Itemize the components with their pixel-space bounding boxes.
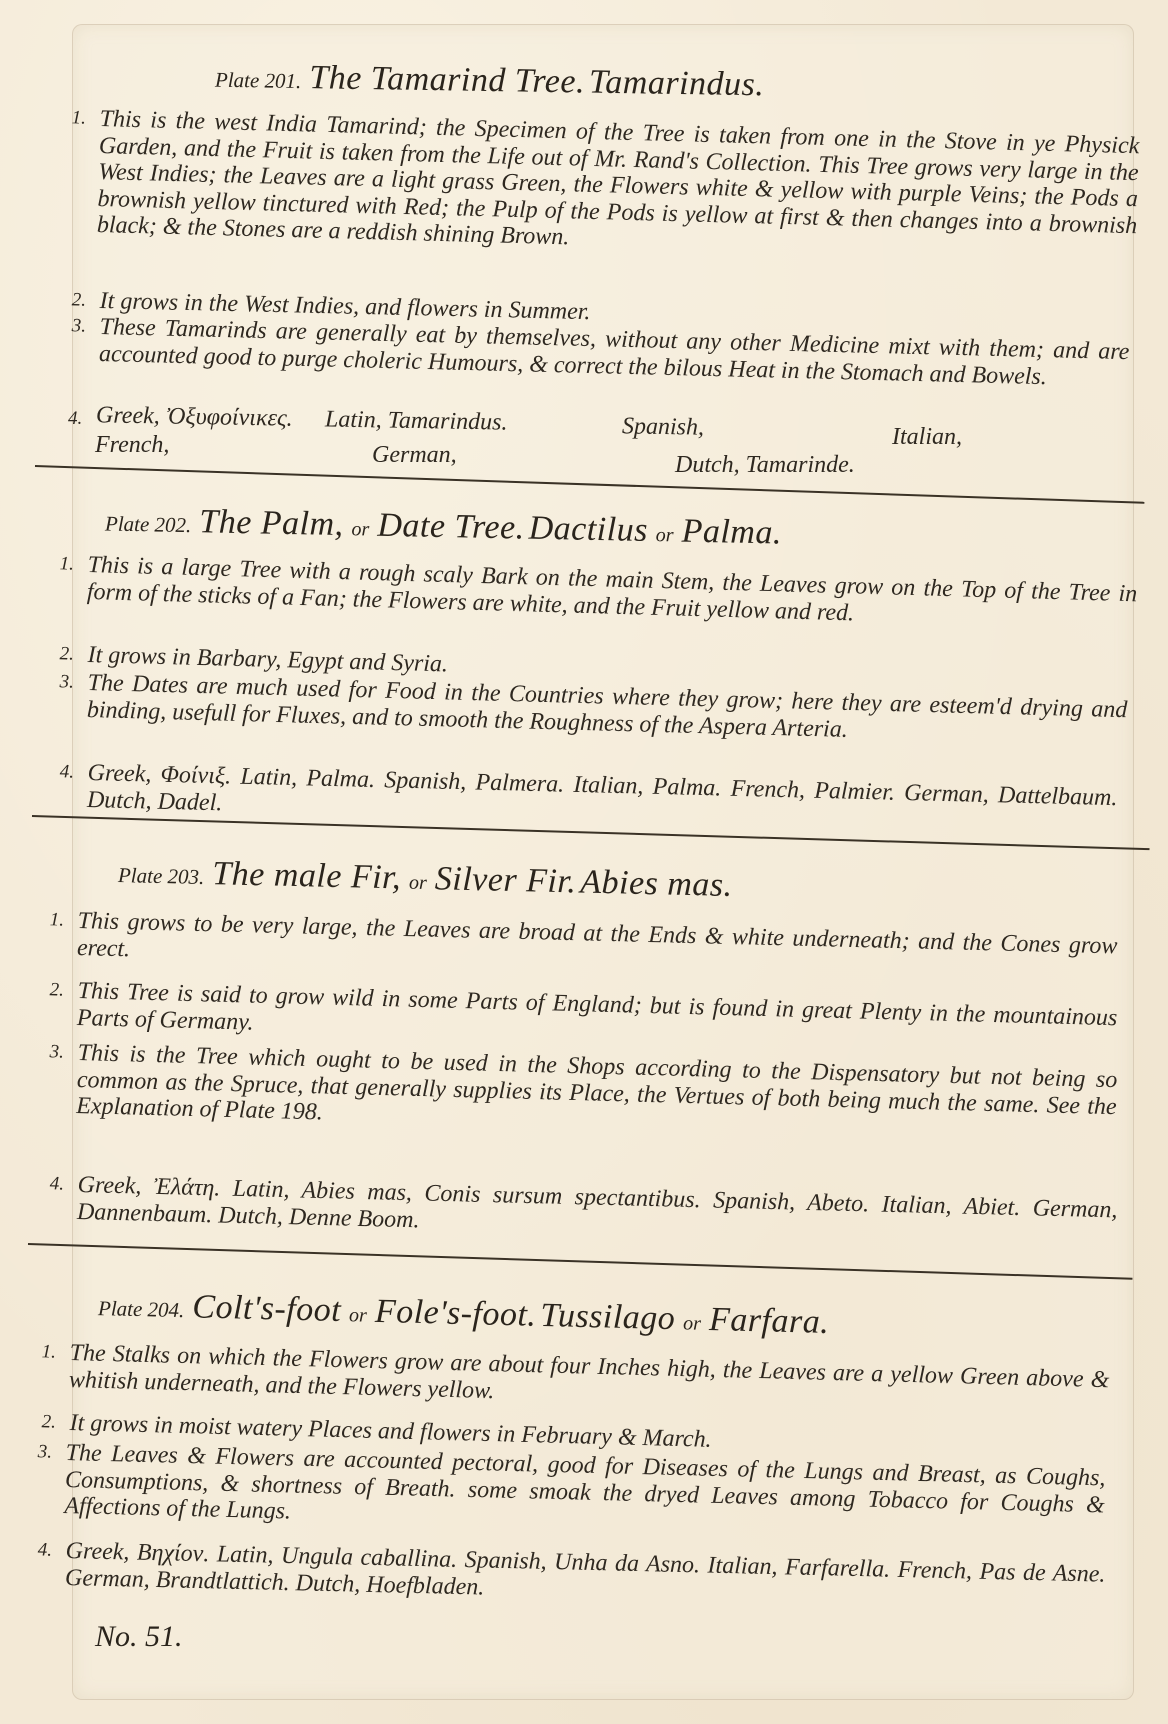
- entry-number: 2.: [49, 977, 64, 1004]
- title-connector: or: [409, 872, 427, 894]
- entry-number: 1.: [71, 105, 86, 132]
- plate-202-title: The Palm,: [199, 503, 344, 543]
- entry-text: This is the west India Tamarind; the Spe…: [97, 106, 1140, 266]
- plate-204-label: Plate 204.: [98, 1296, 185, 1322]
- plate-203-title: The male Fir,: [212, 855, 402, 896]
- entry-number: 4.: [37, 1537, 52, 1564]
- entry-number: 3.: [59, 669, 74, 696]
- entry-number: 4.: [49, 1171, 64, 1198]
- latin-connector: or: [656, 524, 674, 546]
- entry-number: 4.: [68, 408, 82, 430]
- entry-number: 4.: [59, 759, 74, 786]
- plate-201-label: Plate 201.: [215, 68, 302, 93]
- entry-number: 2.: [41, 1409, 56, 1436]
- plate-204-latin-name: Tussilago: [540, 1297, 676, 1337]
- plate-203-title-2: Silver Fir.: [434, 860, 576, 900]
- plate-202-label: Plate 202.: [105, 512, 192, 538]
- plate-204-title: Colt's-foot: [192, 1288, 342, 1329]
- entry-number: 1.: [41, 1339, 56, 1366]
- entry-number: 3.: [37, 1439, 52, 1466]
- spanish-name: Spanish,: [622, 413, 704, 441]
- latin-connector: or: [683, 1312, 701, 1334]
- plate-204-title-2: Fole's-foot.: [375, 1293, 537, 1334]
- plate-203-label: Plate 203.: [118, 863, 205, 889]
- title-connector: or: [349, 1304, 367, 1326]
- plate-204-latin-name-2: Farfara.: [709, 1301, 830, 1341]
- plate-201-title: The Tamarind Tree.: [309, 59, 585, 100]
- latin-name: Latin, Tamarindus.: [325, 406, 508, 436]
- german-name: German,: [372, 442, 457, 469]
- entry-number: 3.: [49, 1039, 64, 1066]
- page-number-label: No. 51.: [95, 1620, 183, 1654]
- plate-202-title-2: Date Tree.: [377, 507, 525, 547]
- plate-201-latin-name: Tamarindus.: [589, 64, 765, 104]
- entry-number: 3.: [71, 313, 86, 340]
- dutch-name: Dutch, Tamarinde.: [675, 452, 855, 479]
- entry-number: 1.: [49, 907, 64, 934]
- title-connector: or: [351, 518, 369, 540]
- greek-name: Greek, Ὀξυφοίνικες.: [96, 402, 293, 432]
- italian-name: Italian,: [892, 424, 962, 451]
- plate-202-latin-name-2: Palma.: [681, 513, 782, 552]
- plate-203-latin-name: Abies mas.: [580, 864, 733, 904]
- entry-number: 2.: [71, 287, 86, 314]
- plate-202-latin-name: Dactilus: [528, 510, 648, 549]
- entry-number: 2.: [59, 641, 74, 668]
- plate-201-entry-1: 1. This is the west India Tamarind; the …: [97, 106, 1140, 266]
- entry-number: 1.: [59, 551, 74, 578]
- french-name: French,: [95, 432, 169, 459]
